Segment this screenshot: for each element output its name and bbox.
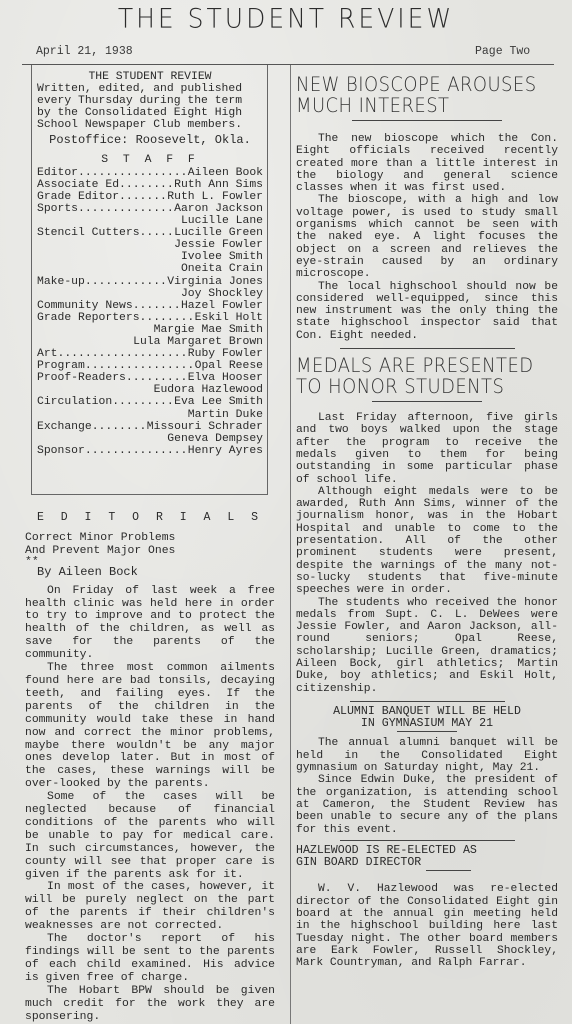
staff-box-description: Written, edited, and published every Thu… — [37, 83, 263, 131]
headline-rule — [372, 401, 482, 402]
staff-row: Art..............................Ruby Fo… — [37, 348, 263, 360]
staff-row: Associate Ed............................… — [37, 179, 263, 191]
staff-role: Make-up — [37, 276, 85, 288]
page-number: Page Two — [475, 45, 530, 58]
staff-role: Grade Reporters — [37, 312, 140, 324]
staff-name: Ivolee Smith — [37, 251, 263, 263]
staff-role: Art — [37, 348, 58, 360]
staff-row: Exchange..............................Mi… — [37, 421, 263, 433]
story-alumni-banquet: ALUMNI BANQUET WILL BE HELD IN GYMNASIUM… — [296, 706, 558, 841]
staff-row: Community News..........................… — [37, 300, 263, 312]
story-headline: NEW BIOSCOPE AROUSES MUCH INTEREST — [296, 74, 537, 116]
leader-dots: .............................. — [140, 312, 195, 324]
editorials-heading: E D I T O R I A L S — [25, 512, 275, 525]
story-paragraph: The annual alumni banquet will be held i… — [296, 737, 558, 774]
news-column: NEW BIOSCOPE AROUSES MUCH INTEREST The n… — [296, 68, 558, 974]
editorial-title-line: Correct Minor Problems — [25, 532, 275, 545]
description-line: Written, edited, and published — [37, 83, 263, 95]
leader-dots: .............................. — [140, 227, 175, 239]
leader-dots: .............................. — [133, 300, 181, 312]
staff-row: Make-up..............................Vir… — [37, 276, 263, 288]
staff-row: Grade Editor............................… — [37, 191, 263, 203]
staff-row: Stencil Cutters.........................… — [37, 227, 263, 239]
headline-rule — [397, 731, 457, 732]
editorial-paragraph: The three most common ailments found her… — [25, 662, 275, 791]
story-divider — [340, 840, 515, 841]
staff-name: Eva Lee Smith — [174, 396, 263, 408]
staff-row: Program..............................Opa… — [37, 360, 263, 372]
staff-name: Geneva Dempsey — [37, 433, 263, 445]
story-divider — [350, 701, 505, 702]
staff-name: Missouri Schrader — [147, 421, 263, 433]
staff-name: Jessie Fowler — [37, 239, 263, 251]
staff-role: Stencil Cutters — [37, 227, 140, 239]
headline-line: NEW BIOSCOPE AROUSES — [296, 74, 537, 95]
leader-dots: .............................. — [112, 396, 174, 408]
staff-name: Eskil Holt — [195, 312, 263, 324]
staff-name: Eudora Hazlewood — [37, 384, 263, 396]
staff-row: Sports..............................Aaro… — [37, 203, 263, 215]
staff-name: Hazel Fowler — [181, 300, 263, 312]
story-bioscope: NEW BIOSCOPE AROUSES MUCH INTEREST The n… — [296, 74, 558, 349]
story-paragraph: W. V. Hazlewood was re-elected director … — [296, 883, 558, 969]
description-line: School Newspaper Club members. — [37, 119, 263, 131]
staff-row: Sponsor..............................Hen… — [37, 445, 263, 457]
staff-name: Ruby Fowler — [188, 348, 263, 360]
staff-name: Ruth L. Fowler — [167, 191, 263, 203]
staff-row: Circulation.............................… — [37, 396, 263, 408]
staff-name: Aileen Book — [188, 167, 263, 179]
staff-name: Martin Duke — [37, 409, 263, 421]
leader-dots: .............................. — [85, 276, 167, 288]
leader-dots: .............................. — [58, 348, 188, 360]
headline-rule — [352, 120, 502, 121]
story-paragraph: Last Friday afternoon, five girls and tw… — [296, 412, 558, 486]
staff-role: Exchange — [37, 421, 92, 433]
staff-role: Community News — [37, 300, 133, 312]
staff-role: Circulation — [37, 396, 112, 408]
staff-role: Program — [37, 360, 85, 372]
staff-role: Editor — [37, 167, 78, 179]
leader-dots: .............................. — [119, 179, 174, 191]
editorials-section: E D I T O R I A L S Correct Minor Proble… — [25, 512, 275, 1023]
headline-line: GIN BOARD DIRECTOR — [296, 857, 558, 869]
leader-dots: .............................. — [78, 167, 188, 179]
headline-line: MEDALS ARE PRESENTED — [296, 355, 537, 376]
story-paragraph: The new bioscope which the Con. Eight of… — [296, 133, 558, 194]
headline-rule — [426, 870, 471, 871]
staff-name: Elva Hooser — [188, 372, 263, 384]
story-divider — [340, 348, 515, 349]
staff-box: THE STUDENT REVIEW Written, edited, and … — [31, 65, 268, 495]
staff-heading: S T A F F — [37, 154, 263, 166]
story-paragraph: The students who received the honor meda… — [296, 597, 558, 695]
staff-name: Ruth Ann Sims — [174, 179, 263, 191]
postoffice-line: Postoffice: Roosevelt, Okla. — [37, 134, 263, 146]
editorial-paragraph: On Friday of last week a free health cli… — [25, 585, 275, 662]
story-gin-board: HAZLEWOOD IS RE-ELECTED AS GIN BOARD DIR… — [296, 845, 558, 970]
staff-name: Joy Shockley — [37, 288, 263, 300]
leader-dots: .............................. — [85, 445, 188, 457]
description-line: by the Consolidated Eight High — [37, 107, 263, 119]
leader-dots: .............................. — [126, 372, 188, 384]
headline-line: TO HONOR STUDENTS — [296, 376, 537, 397]
story-paragraph: Since Edwin Duke, the president of the o… — [296, 774, 558, 835]
staff-role: Sports — [37, 203, 78, 215]
story-headline: ALUMNI BANQUET WILL BE HELD IN GYMNASIUM… — [296, 706, 558, 731]
story-medals: MEDALS ARE PRESENTED TO HONOR STUDENTS L… — [296, 355, 558, 702]
editorial-paragraph: In most of the cases, however, it will b… — [25, 881, 275, 933]
newspaper-page: THE STUDENT REVIEW April 21, 1938 Page T… — [0, 0, 572, 1024]
staff-row: Editor..............................Aile… — [37, 167, 263, 179]
staff-name: Oneita Crain — [37, 263, 263, 275]
editorial-byline: By Aileen Bock — [37, 566, 275, 579]
leader-dots: .............................. — [92, 421, 147, 433]
story-headline: MEDALS ARE PRESENTED TO HONOR STUDENTS — [296, 355, 537, 397]
story-paragraph: The bioscope, with a high and low voltag… — [296, 194, 558, 280]
headline-line: IN GYMNASIUM MAY 21 — [296, 718, 558, 730]
dateline: April 21, 1938 — [36, 45, 133, 58]
masthead-title: THE STUDENT REVIEW — [0, 3, 572, 33]
staff-role: Proof-Readers — [37, 372, 126, 384]
staff-name: Virginia Jones — [167, 276, 263, 288]
description-line: every Thursday during the term — [37, 95, 263, 107]
column-divider — [290, 65, 291, 1024]
story-headline: HAZLEWOOD IS RE-ELECTED AS GIN BOARD DIR… — [296, 845, 558, 870]
staff-role: Associate Ed — [37, 179, 119, 191]
staff-role: Grade Editor — [37, 191, 119, 203]
leader-dots: .............................. — [85, 360, 195, 372]
staff-name: Lucille Lane — [37, 215, 263, 227]
editorial-paragraph: Some of the cases will be neglected beca… — [25, 791, 275, 881]
editorial-title-line: And Prevent Major Ones — [25, 545, 275, 558]
staff-row: Grade Reporters.........................… — [37, 312, 263, 324]
staff-name: Lucille Green — [174, 227, 263, 239]
headline-line: MUCH INTEREST — [296, 95, 537, 116]
staff-name: Opal Reese — [195, 360, 263, 372]
story-paragraph: Although eight medals were to be awarded… — [296, 486, 558, 597]
staff-name: Henry Ayres — [188, 445, 263, 457]
leader-dots: .............................. — [119, 191, 167, 203]
editorial-paragraph: The Hobart BPW should be given much cred… — [25, 985, 275, 1024]
editorial-paragraph: The doctor's report of his findings will… — [25, 933, 275, 985]
staff-row: Proof-Readers...........................… — [37, 372, 263, 384]
staff-role: Sponsor — [37, 445, 85, 457]
staff-box-title: THE STUDENT REVIEW — [37, 71, 263, 83]
staff-name: Aaron Jackson — [174, 203, 263, 215]
staff-name: Margie Mae Smith — [37, 324, 263, 336]
staff-list: Editor..............................Aile… — [37, 167, 263, 457]
story-paragraph: The local highschool should now be consi… — [296, 281, 558, 342]
staff-name: Lula Margaret Brown — [37, 336, 263, 348]
leader-dots: .............................. — [78, 203, 174, 215]
